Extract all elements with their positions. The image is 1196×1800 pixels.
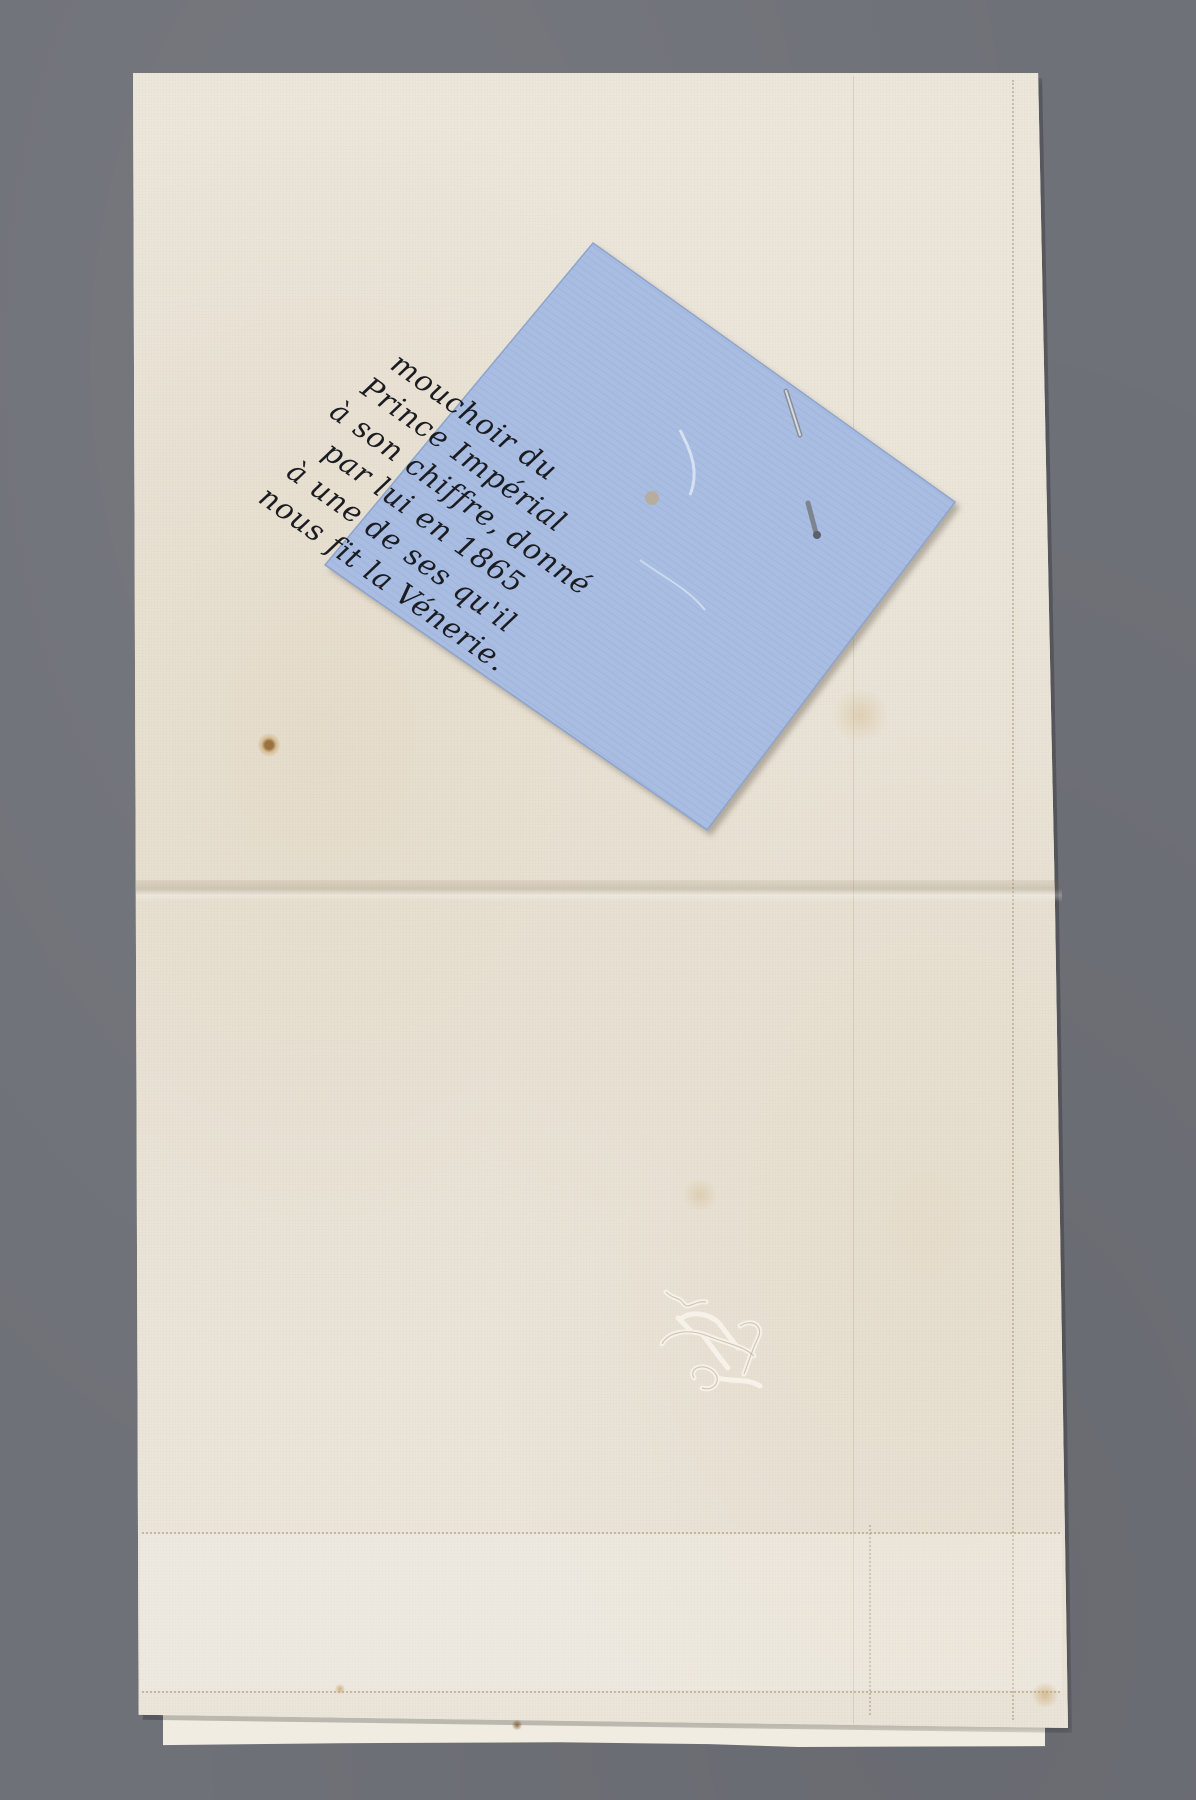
photograph: mouchoir du Prince Impérial à son chiffr…	[0, 0, 1196, 1800]
handwritten-note	[0, 0, 1196, 1800]
pin-icon	[778, 385, 828, 545]
